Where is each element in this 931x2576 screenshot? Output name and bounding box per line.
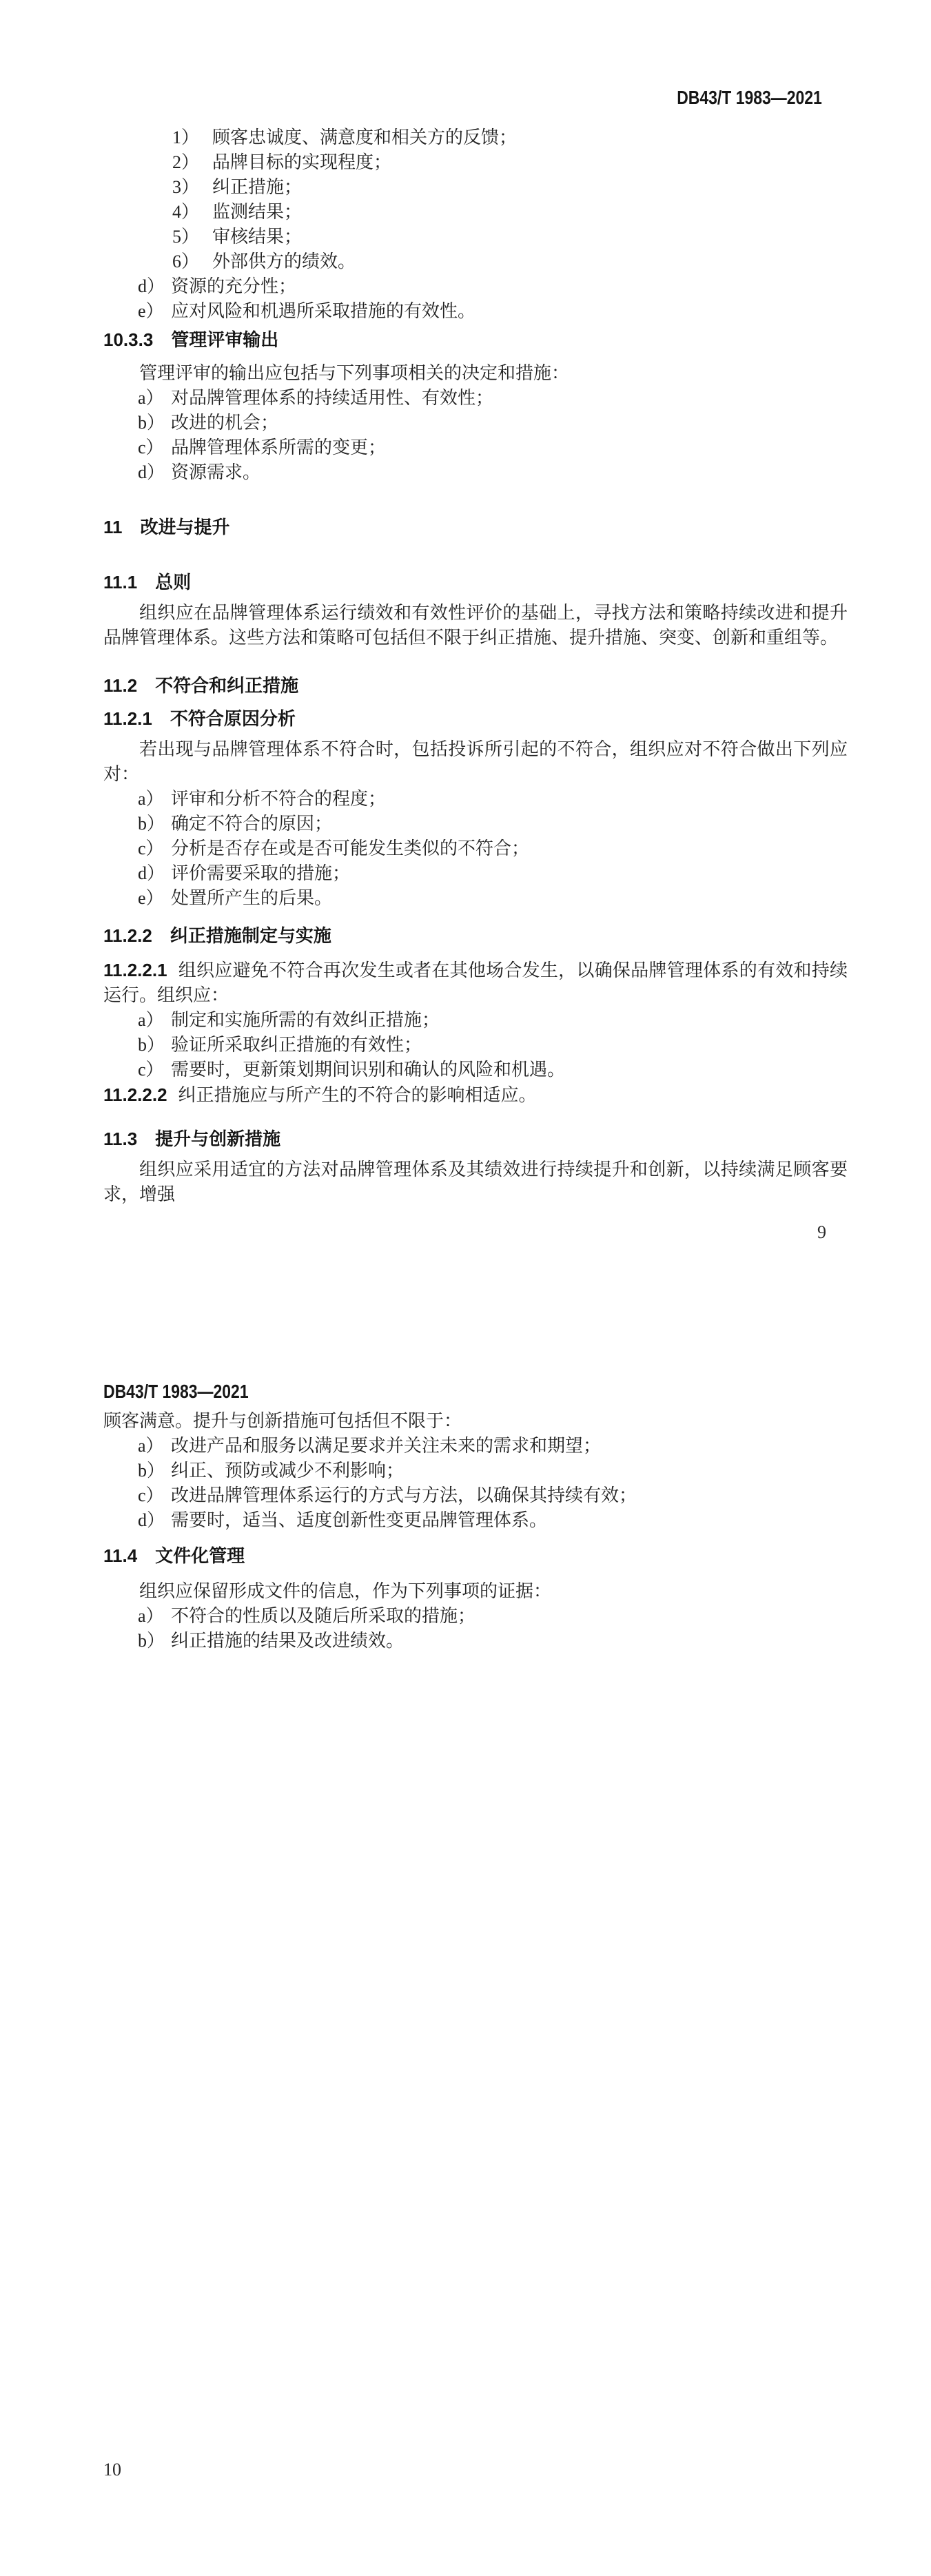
clause-number: 11.2 xyxy=(103,673,137,698)
numbered-paragraph-11-2-2-1: 11.2.2.1组织应避免不符合再次发生或者在其他场合发生，以确保品牌管理体系的… xyxy=(0,958,931,1008)
list-item-text: 应对风险和机遇所采取措施的有效性。 xyxy=(171,299,931,324)
paragraph-text: 组织应避免不符合再次发生或者在其他场合发生，以确保品牌管理体系的有效和持续运行。… xyxy=(103,960,848,1005)
clause-title: 不符合原因分析 xyxy=(170,708,296,729)
list-item: a） 改进产品和服务以满足要求并关注未来的需求和期望； xyxy=(0,1434,931,1459)
list-item-marker: d） xyxy=(138,861,171,886)
document-page-1: DB43/T 1983—2021 1） 顾客忠诚度、满意度和相关方的反馈； 2）… xyxy=(0,0,931,1306)
list-item: d） 评价需要采取的措施； xyxy=(0,861,931,886)
list-item-marker: 3） xyxy=(172,175,212,200)
list-item: d） 需要时，适当、适度创新性变更品牌管理体系。 xyxy=(0,1508,931,1533)
paragraph: 组织应保留形成文件的信息，作为下列事项的证据： xyxy=(0,1579,931,1604)
clause-title: 管理评审输出 xyxy=(171,329,278,350)
list-item-marker: a） xyxy=(138,1604,171,1629)
list-item-marker: e） xyxy=(138,886,171,911)
document-page-2: DB43/T 1983—2021 顾客满意。提升与创新措施可包括但不限于： a）… xyxy=(0,1306,931,2576)
list-item-text: 处置所产生的后果。 xyxy=(171,886,931,911)
list-item-marker: 6） xyxy=(172,249,212,274)
list-item-marker: d） xyxy=(138,460,171,485)
standard-code-text: DB43/T 1983—2021 xyxy=(677,85,822,110)
list-item-text: 品牌目标的实现程度； xyxy=(212,150,931,175)
list-item-marker: b） xyxy=(138,1629,171,1653)
chapter-heading-11: 11改进与提升 xyxy=(0,515,931,539)
list-item-marker: 4） xyxy=(172,200,212,225)
list-item-text: 改进产品和服务以满足要求并关注未来的需求和期望； xyxy=(171,1434,931,1459)
page-number: 10 xyxy=(0,2457,931,2482)
clause-title: 纠正措施制定与实施 xyxy=(170,925,331,946)
list-item-marker: a） xyxy=(138,787,171,812)
list-item-marker: 5） xyxy=(172,225,212,249)
list-item: a） 制定和实施所需的有效纠正措施； xyxy=(0,1008,931,1033)
clause-heading-11-2-1: 11.2.1不符合原因分析 xyxy=(0,706,931,731)
list-item-marker: b） xyxy=(138,1459,171,1483)
list-item: b） 验证所采取纠正措施的有效性； xyxy=(0,1033,931,1058)
list-item: 5） 审核结果； xyxy=(0,225,931,249)
list-item: b） 纠正、预防或减少不利影响； xyxy=(0,1459,931,1483)
list-item: 1） 顾客忠诚度、满意度和相关方的反馈； xyxy=(0,125,931,150)
list-item-text: 分析是否存在或是否可能发生类似的不符合； xyxy=(171,836,931,861)
clause-heading-11-2-2: 11.2.2纠正措施制定与实施 xyxy=(0,923,931,948)
list-item-marker: a） xyxy=(138,386,171,411)
running-header-page-1: DB43/T 1983—2021 xyxy=(0,85,931,110)
list-item-marker: d） xyxy=(138,1508,171,1533)
list-item-marker: b） xyxy=(138,411,171,435)
list-item-text: 制定和实施所需的有效纠正措施； xyxy=(171,1008,931,1033)
list-item: a） 评审和分析不符合的程度； xyxy=(0,787,931,812)
paragraph: 管理评审的输出应包括与下列事项相关的决定和措施： xyxy=(0,361,931,386)
list-item-marker: a） xyxy=(138,1434,171,1459)
list-item: b） 纠正措施的结果及改进绩效。 xyxy=(0,1629,931,1653)
list-item-text: 改进品牌管理体系运行的方式与方法，以确保其持续有效； xyxy=(171,1483,931,1508)
list-item-text: 审核结果； xyxy=(212,225,931,249)
running-header-page-2: DB43/T 1983—2021 xyxy=(0,1379,931,1404)
page-number: 9 xyxy=(0,1220,931,1245)
list-item: e） 处置所产生的后果。 xyxy=(0,886,931,911)
list-item-text: 外部供方的绩效。 xyxy=(212,249,931,274)
list-item-text: 纠正、预防或减少不利影响； xyxy=(171,1459,931,1483)
list-item: b） 改进的机会； xyxy=(0,411,931,435)
clause-title: 提升与创新措施 xyxy=(155,1129,280,1149)
clause-heading-10-3-3: 10.3.3管理评审输出 xyxy=(0,327,931,352)
clause-title: 不符合和纠正措施 xyxy=(155,675,298,696)
list-item-marker: 1） xyxy=(172,125,212,150)
list-item: a） 不符合的性质以及随后所采取的措施； xyxy=(0,1604,931,1629)
clause-heading-11-4: 11.4文件化管理 xyxy=(0,1543,931,1568)
clause-heading-11-2: 11.2不符合和纠正措施 xyxy=(0,673,931,698)
list-item-marker: b） xyxy=(138,1033,171,1058)
clause-number: 11.3 xyxy=(103,1126,137,1151)
clause-number: 11.2.1 xyxy=(103,706,152,731)
list-item-text: 品牌管理体系所需的变更； xyxy=(171,435,931,460)
list-item-text: 需要时，适当、适度创新性变更品牌管理体系。 xyxy=(171,1508,931,1533)
list-item-text: 验证所采取纠正措施的有效性； xyxy=(171,1033,931,1058)
list-item-text: 纠正措施； xyxy=(212,175,931,200)
list-item-marker: a） xyxy=(138,1008,171,1033)
list-item-marker: c） xyxy=(138,435,171,460)
paragraph-text: 纠正措施应与所产生的不符合的影响相适应。 xyxy=(178,1085,537,1105)
list-item-marker: d） xyxy=(138,274,171,299)
paragraph: 组织应采用适宜的方法对品牌管理体系及其绩效进行持续提升和创新，以持续满足顾客要求… xyxy=(0,1157,931,1207)
clause-heading-11-1: 11.1总则 xyxy=(0,570,931,595)
list-item-text: 需要时，更新策划期间识别和确认的风险和机遇。 xyxy=(171,1058,931,1082)
clause-title: 总则 xyxy=(155,572,191,593)
chapter-number: 11 xyxy=(103,515,123,539)
list-item-marker: 2） xyxy=(172,150,212,175)
list-item: 3） 纠正措施； xyxy=(0,175,931,200)
list-item: 2） 品牌目标的实现程度； xyxy=(0,150,931,175)
numbered-paragraph-11-2-2-2: 11.2.2.2纠正措施应与所产生的不符合的影响相适应。 xyxy=(0,1082,931,1108)
list-item: d） 资源需求。 xyxy=(0,460,931,485)
list-item: 6） 外部供方的绩效。 xyxy=(0,249,931,274)
paragraph: 组织应在品牌管理体系运行绩效和有效性评价的基础上，寻找方法和策略持续改进和提升品… xyxy=(0,601,931,650)
list-item-marker: c） xyxy=(138,836,171,861)
clause-title: 文件化管理 xyxy=(155,1545,245,1566)
clause-number: 11.2.2.1 xyxy=(103,960,167,980)
clause-heading-11-3: 11.3提升与创新措施 xyxy=(0,1126,931,1151)
clause-number: 11.1 xyxy=(103,570,137,595)
list-item-text: 对品牌管理体系的持续适用性、有效性； xyxy=(171,386,931,411)
list-item-text: 评价需要采取的措施； xyxy=(171,861,931,886)
list-item-marker: b） xyxy=(138,812,171,836)
list-item-text: 资源的充分性； xyxy=(171,274,931,299)
paragraph-continuation: 顾客满意。提升与创新措施可包括但不限于： xyxy=(0,1409,931,1434)
list-item: c） 需要时，更新策划期间识别和确认的风险和机遇。 xyxy=(0,1058,931,1082)
list-item: b） 确定不符合的原因； xyxy=(0,812,931,836)
list-item-text: 评审和分析不符合的程度； xyxy=(171,787,931,812)
list-item-marker: e） xyxy=(138,299,171,324)
clause-number: 11.2.2 xyxy=(103,923,152,948)
list-item: c） 分析是否存在或是否可能发生类似的不符合； xyxy=(0,836,931,861)
clause-number: 11.4 xyxy=(103,1543,137,1568)
list-item-text: 改进的机会； xyxy=(171,411,931,435)
list-item-text: 顾客忠诚度、满意度和相关方的反馈； xyxy=(212,125,931,150)
list-item-text: 纠正措施的结果及改进绩效。 xyxy=(171,1629,931,1653)
list-item-text: 资源需求。 xyxy=(171,460,931,485)
list-item: e） 应对风险和机遇所采取措施的有效性。 xyxy=(0,299,931,324)
chapter-title: 改进与提升 xyxy=(141,517,230,537)
list-item: 4） 监测结果； xyxy=(0,200,931,225)
list-item-text: 不符合的性质以及随后所采取的措施； xyxy=(171,1604,931,1629)
paragraph: 若出现与品牌管理体系不符合时，包括投诉所引起的不符合，组织应对不符合做出下列应对… xyxy=(0,737,931,787)
list-item: d） 资源的充分性； xyxy=(0,274,931,299)
standard-code-text: DB43/T 1983—2021 xyxy=(103,1379,249,1404)
clause-number: 10.3.3 xyxy=(103,327,153,352)
clause-number: 11.2.2.2 xyxy=(103,1084,167,1105)
list-item-text: 确定不符合的原因； xyxy=(171,812,931,836)
list-item-marker: c） xyxy=(138,1483,171,1508)
list-item-marker: c） xyxy=(138,1058,171,1082)
list-item: a） 对品牌管理体系的持续适用性、有效性； xyxy=(0,386,931,411)
list-item: c） 品牌管理体系所需的变更； xyxy=(0,435,931,460)
list-item: c） 改进品牌管理体系运行的方式与方法，以确保其持续有效； xyxy=(0,1483,931,1508)
list-item-text: 监测结果； xyxy=(212,200,931,225)
